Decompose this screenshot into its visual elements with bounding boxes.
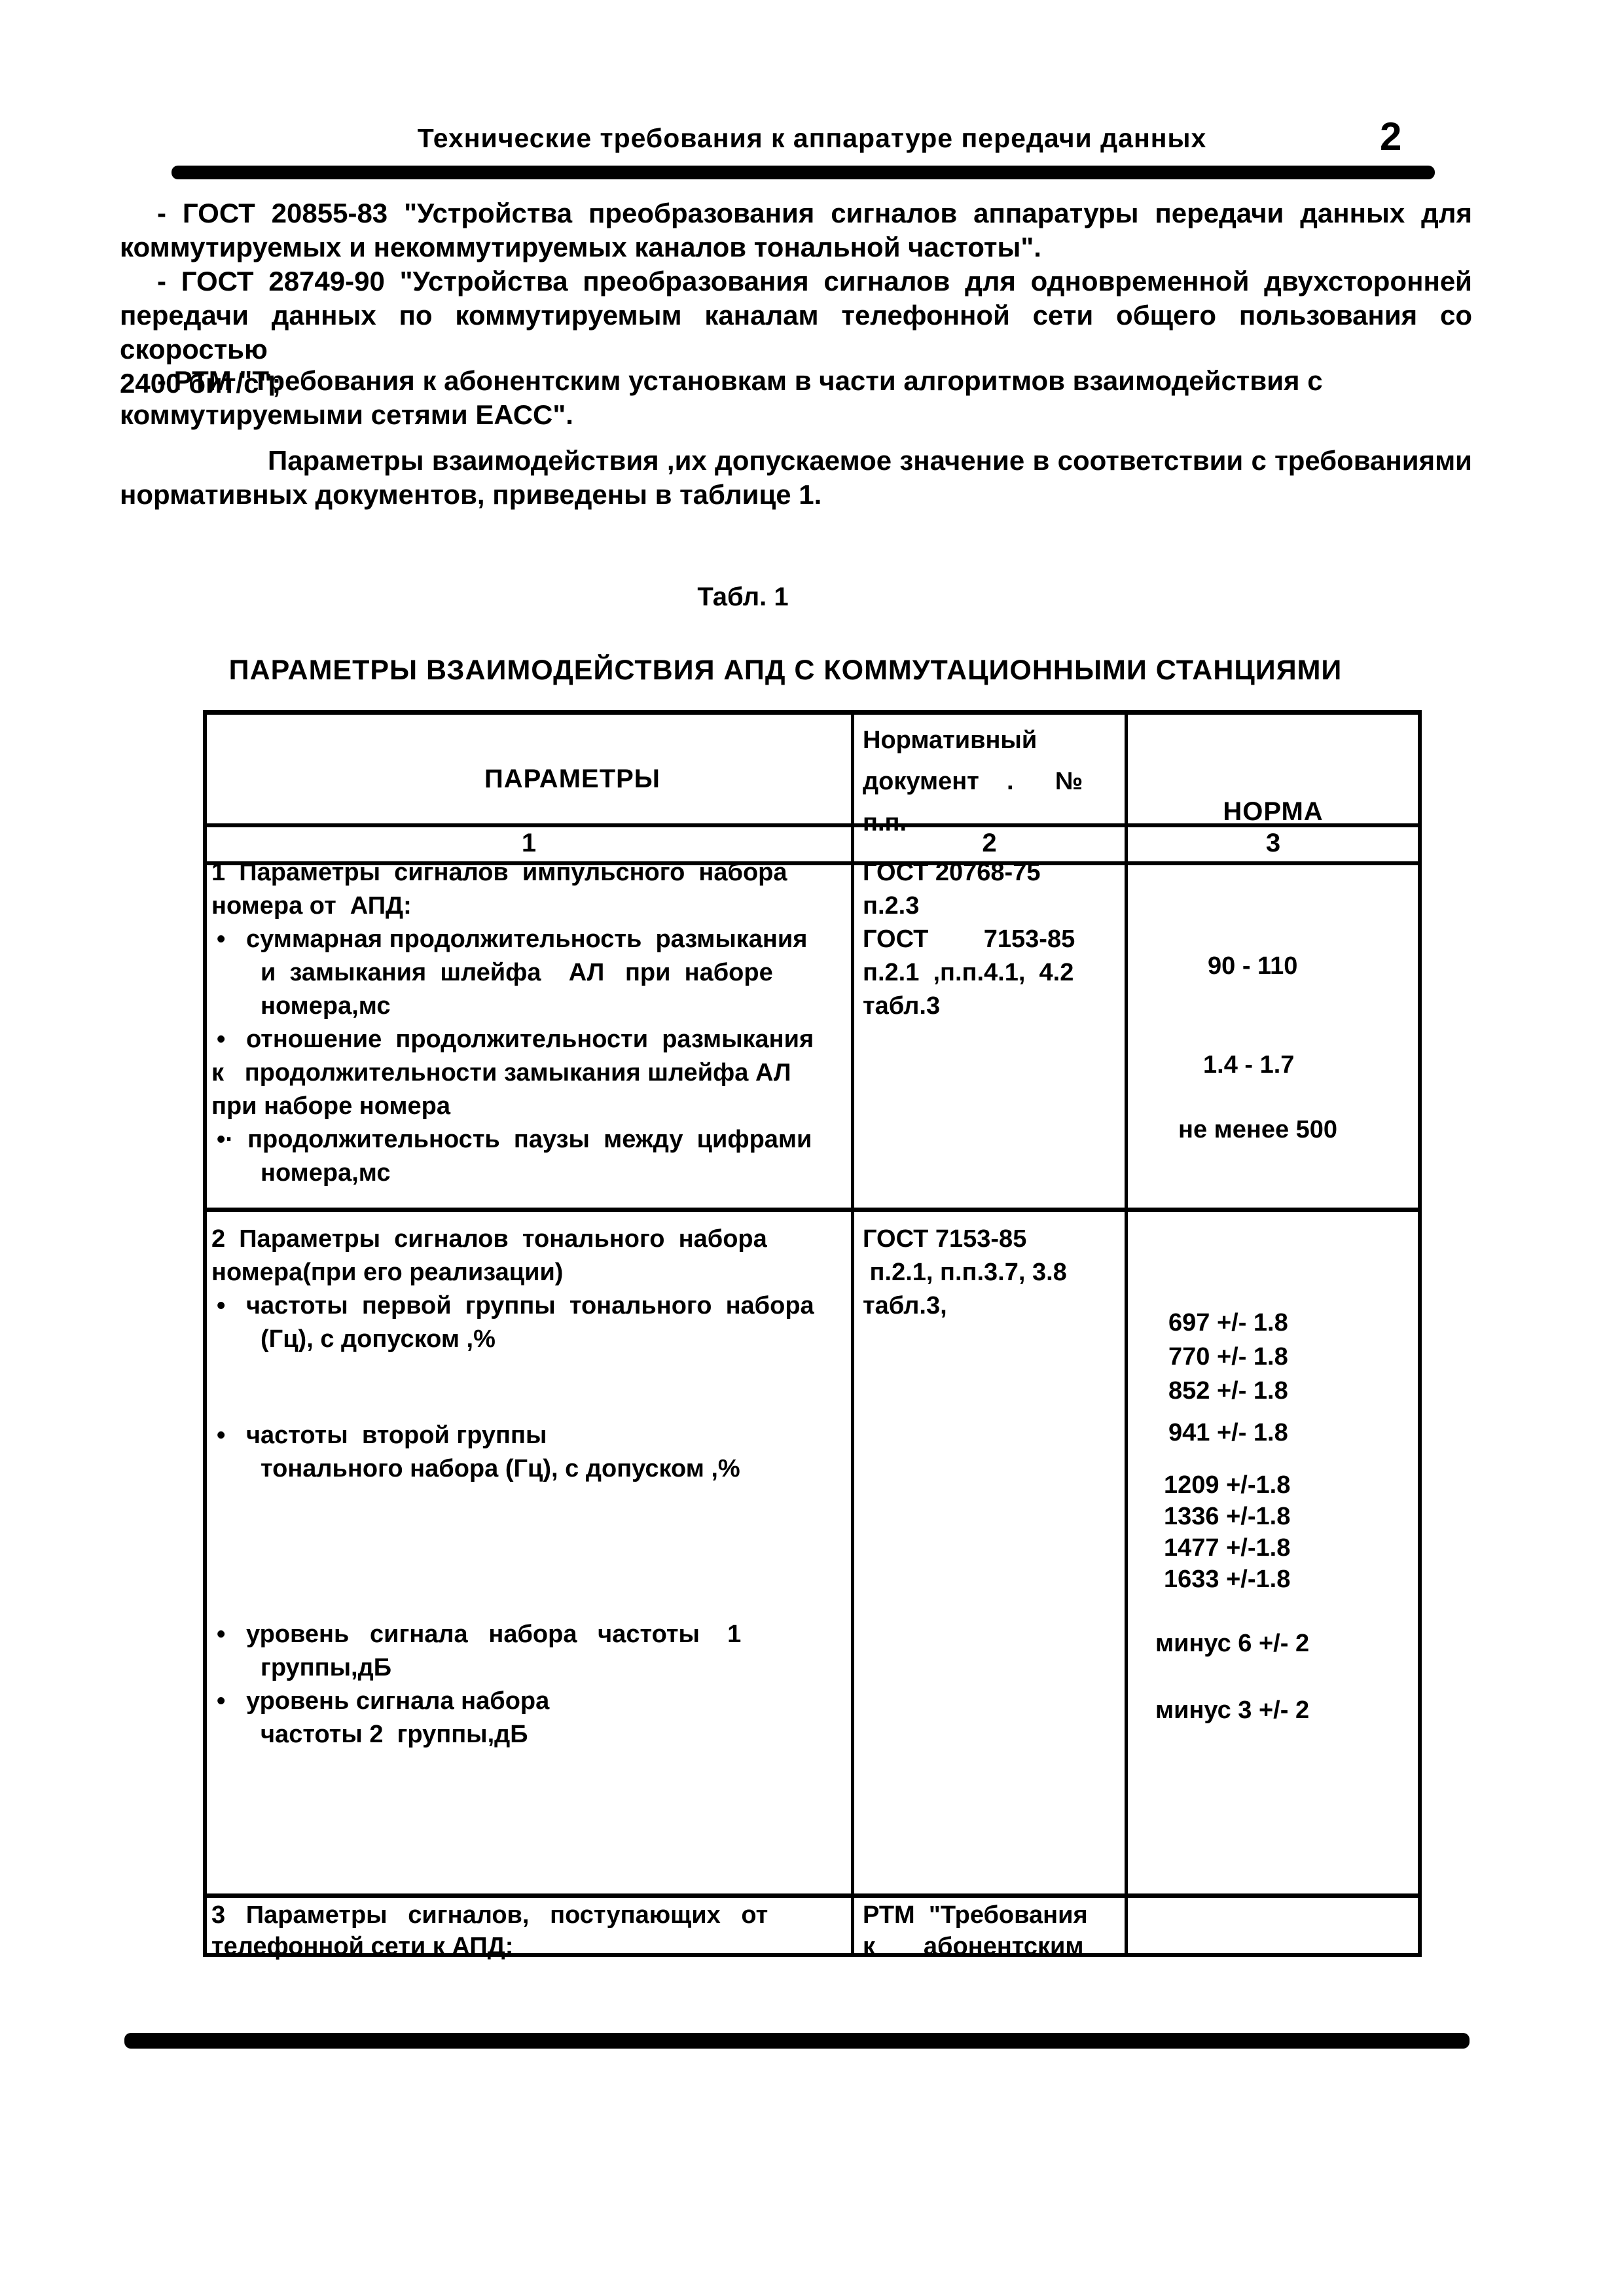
column-header-document: Нормативный документ . № п.п. <box>863 720 1119 844</box>
table-border-left <box>203 710 207 1957</box>
column-header-norm: НОРМА <box>1128 797 1418 827</box>
param-line: • уровень сигнала набора <box>217 1685 843 1718</box>
norm-value: 1209 +/-1.8 <box>1164 1471 1290 1499</box>
param-line: номера,мс <box>261 990 843 1023</box>
norm-value: 941 +/- 1.8 <box>1168 1419 1288 1447</box>
param-line: телефонной сети к АПД: <box>211 1931 843 1962</box>
row3-parameters: 3 Параметры сигналов, поступающих от тел… <box>211 1899 843 1962</box>
param-line: • уровень сигнала набора частоты 1 <box>217 1618 843 1651</box>
doc-line: ГОСТ 20768-75 <box>863 856 1119 889</box>
norm-value: 90 - 110 <box>1208 952 1297 980</box>
paragraph-rtm: - РТМ "Требования к абонентским установк… <box>120 364 1472 432</box>
doc-line: ГОСТ 7153-85 <box>863 923 1119 956</box>
param-line: 3 Параметры сигналов, поступающих от <box>211 1899 843 1931</box>
table-separator-1 <box>851 710 854 1957</box>
column-header-line: документ . № <box>863 761 1119 802</box>
paragraph-line: коммутируемых и некоммутируемых каналов … <box>120 230 1472 264</box>
column-number-1: 1 <box>207 829 851 858</box>
doc-line: п.2.1, п.п.3.7, 3.8 <box>863 1256 1119 1289</box>
param-line: (Гц), с допуском ,% <box>261 1323 843 1356</box>
norm-value: 852 +/- 1.8 <box>1168 1377 1288 1405</box>
paragraph-line: передачи данных по коммутируемым каналам… <box>120 298 1472 367</box>
footer-rule <box>124 2033 1470 2049</box>
scanned-document-page: { "header": { "title": "Технические треб… <box>0 0 1624 2296</box>
row1-document: ГОСТ 20768-75 п.2.3 ГОСТ 7153-85 п.2.1 ,… <box>863 856 1119 1023</box>
paragraph-line: - РТМ "Требования к абонентским установк… <box>120 364 1472 398</box>
page-number: 2 <box>1380 114 1401 159</box>
column-header-parameters: ПАРАМЕТРЫ <box>484 764 660 794</box>
table-rule-row2 <box>203 1893 1422 1898</box>
param-line: и замыкания шлейфа АЛ при наборе <box>261 956 843 990</box>
param-line: • отношение продолжительности размыкания <box>217 1023 843 1056</box>
param-line: 1 Параметры сигналов импульсного набора <box>211 856 843 889</box>
table-rule-row1 <box>203 1208 1422 1212</box>
doc-line: табл.3 <box>863 990 1119 1023</box>
paragraph-line: Параметры взаимодействия ,их допускаемое… <box>120 444 1472 478</box>
paragraph-gost-20855: - ГОСТ 20855-83 "Устройства преобразован… <box>120 196 1472 264</box>
row3-document: РТМ "Требования к абонентским <box>863 1899 1119 1962</box>
doc-line: ГОСТ 7153-85 <box>863 1223 1119 1256</box>
paragraph-line: - ГОСТ 28749-90 "Устройства преобразован… <box>120 264 1472 298</box>
row2-parameters: 2 Параметры сигналов тонального набора н… <box>211 1223 843 1751</box>
column-header-line: Нормативный <box>863 720 1119 761</box>
paragraph-line: нормативных документов, приведены в табл… <box>120 478 1472 512</box>
param-line: к продолжительности замыкания шлейфа АЛ <box>211 1056 843 1090</box>
row1-parameters: 1 Параметры сигналов импульсного набора … <box>211 856 843 1190</box>
doc-line: табл.3, <box>863 1289 1119 1323</box>
norm-value: 697 +/- 1.8 <box>1168 1309 1288 1337</box>
table-title: ПАРАМЕТРЫ ВЗАИМОДЕЙСТВИЯ АПД С КОММУТАЦИ… <box>0 655 1571 687</box>
param-line: тонального набора (Гц), с допуском ,% <box>261 1452 843 1486</box>
norm-value: минус 6 +/- 2 <box>1155 1630 1309 1658</box>
norm-value: 770 +/- 1.8 <box>1168 1343 1288 1371</box>
doc-line: п.2.3 <box>863 889 1119 923</box>
norm-value: не менее 500 <box>1178 1116 1337 1144</box>
param-line: • суммарная продолжительность размыкания <box>217 923 843 956</box>
norm-value: 1.4 - 1.7 <box>1203 1051 1294 1079</box>
table-border-right <box>1418 710 1422 1957</box>
norm-value: 1633 +/-1.8 <box>1164 1566 1290 1594</box>
header-rule <box>171 166 1435 179</box>
doc-line: п.2.1 ,п.п.4.1, 4.2 <box>863 956 1119 990</box>
table-border-top <box>203 710 1422 715</box>
param-line: номера от АПД: <box>211 889 843 923</box>
row2-document: ГОСТ 7153-85 п.2.1, п.п.3.7, 3.8 табл.3, <box>863 1223 1119 1323</box>
column-number-2: 2 <box>854 829 1125 858</box>
paragraph-parameters-note: Параметры взаимодействия ,их допускаемое… <box>120 444 1472 512</box>
param-line: • частоты первой группы тонального набор… <box>217 1289 843 1323</box>
param-line: 2 Параметры сигналов тонального набора <box>211 1223 843 1256</box>
table-separator-2 <box>1125 710 1128 1957</box>
param-line: частоты 2 группы,дБ <box>261 1718 843 1751</box>
param-line: при наборе номера <box>211 1090 843 1123</box>
param-line: группы,дБ <box>261 1651 843 1685</box>
table-caption: Табл. 1 <box>0 583 1486 612</box>
column-number-3: 3 <box>1128 829 1418 858</box>
norm-value: 1477 +/-1.8 <box>1164 1534 1290 1562</box>
doc-line: к абонентским <box>863 1931 1119 1962</box>
paragraph-line: коммутируемыми сетями ЕАСС". <box>120 398 1472 432</box>
param-line: •· продолжительность паузы между цифрами <box>217 1123 843 1157</box>
norm-value: минус 3 +/- 2 <box>1155 1696 1309 1725</box>
paragraph-line: - ГОСТ 20855-83 "Устройства преобразован… <box>120 196 1472 230</box>
norm-value: 1336 +/-1.8 <box>1164 1503 1290 1531</box>
doc-line: РТМ "Требования <box>863 1899 1119 1931</box>
param-line: • частоты второй группы <box>217 1419 843 1452</box>
param-line: номера(при его реализации) <box>211 1256 843 1289</box>
param-line: номера,мс <box>261 1157 843 1190</box>
